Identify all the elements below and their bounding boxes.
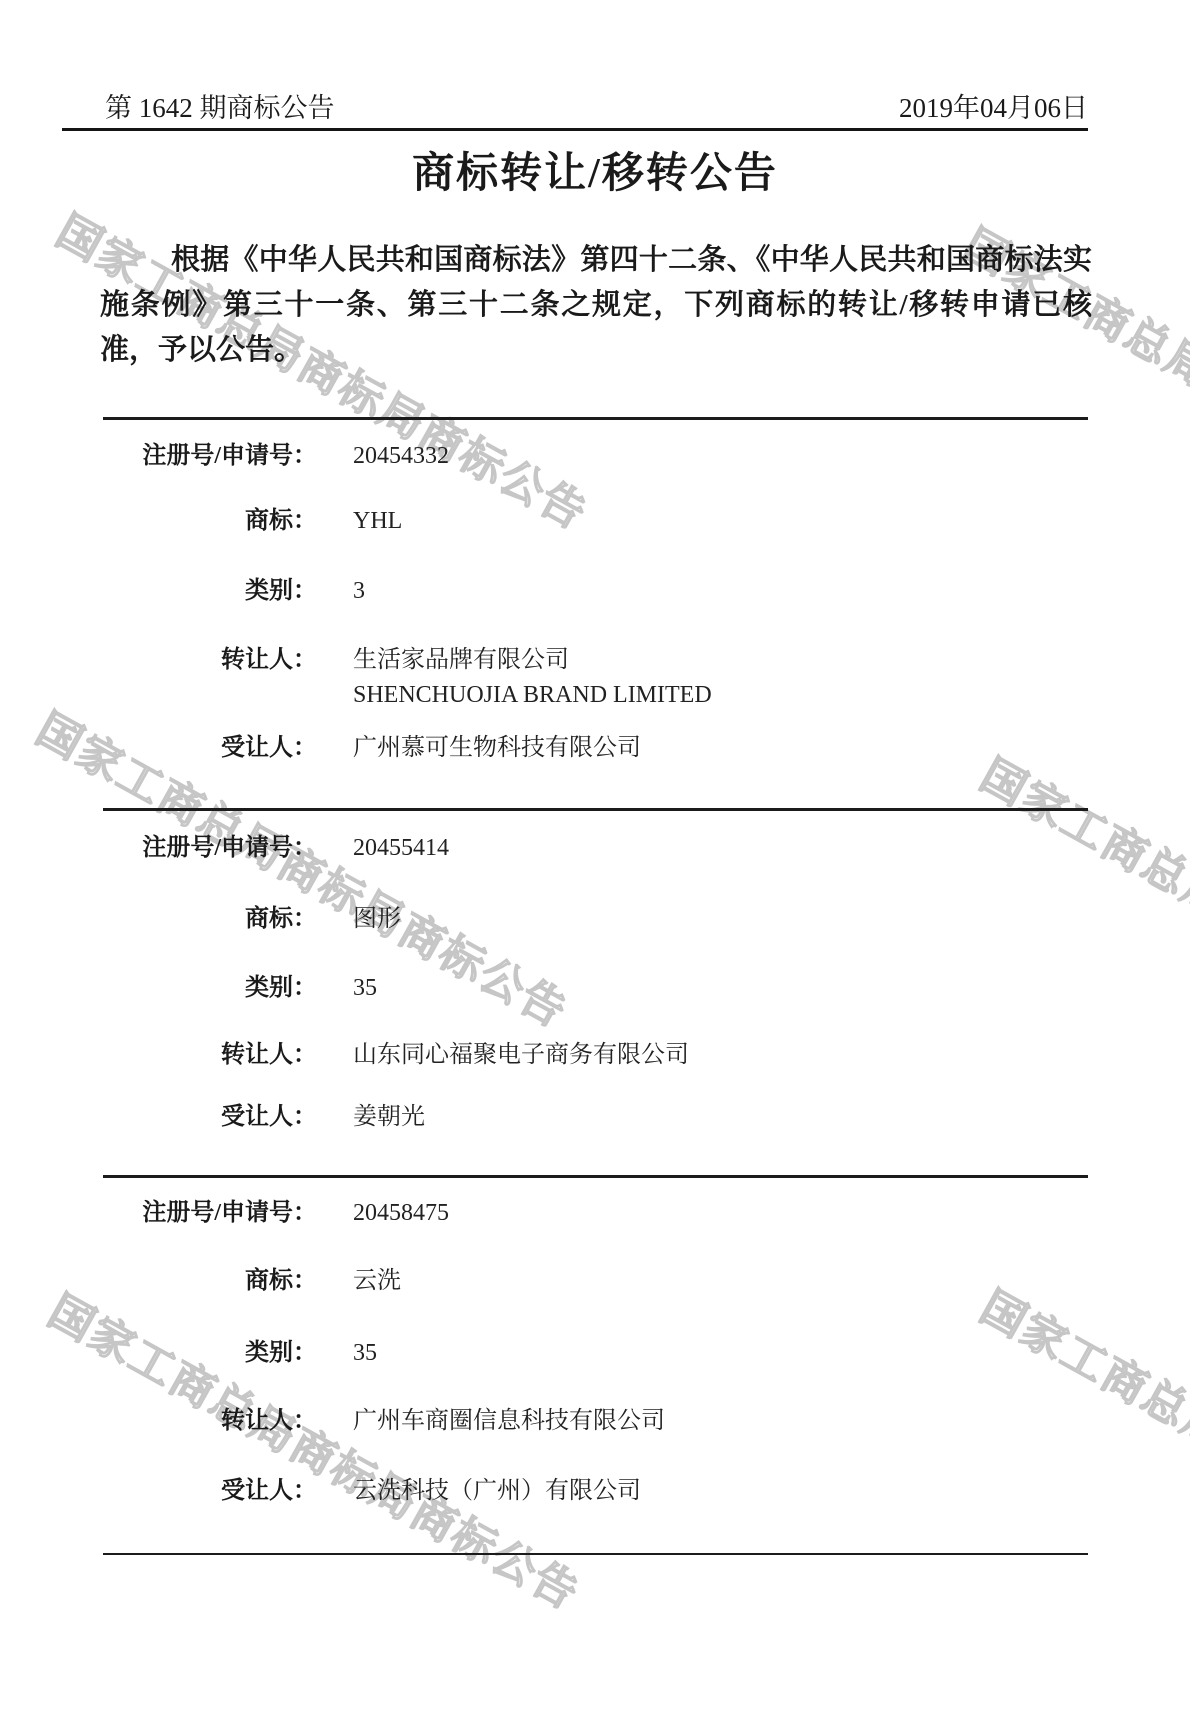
field-value: 生活家品牌有限公司 [353, 647, 569, 673]
field-value: 20458475 [353, 1200, 449, 1226]
field-label: 注册号/申请号： [0, 1192, 317, 1227]
field-row-reg-no: 注册号/申请号：20454332 [0, 435, 1190, 470]
field-value: 图形 [353, 906, 401, 932]
field-row-assignor-en: SHENCHUOJIA BRAND LIMITED [0, 682, 1190, 709]
field-label: 注册号/申请号： [0, 827, 317, 862]
field-value: 云洗科技（广州）有限公司 [353, 1478, 641, 1504]
field-label: 转让人： [0, 1400, 317, 1435]
field-row-assignor: 转让人：广州车商圈信息科技有限公司 [0, 1400, 1190, 1435]
field-row-reg-no: 注册号/申请号：20458475 [0, 1192, 1190, 1227]
field-label: 类别： [0, 967, 317, 1002]
field-row-class: 类别：35 [0, 967, 1190, 1002]
field-row-assignee: 受让人：广州慕可生物科技有限公司 [0, 727, 1190, 762]
field-value: 广州慕可生物科技有限公司 [353, 735, 641, 761]
field-row-assignor: 转让人：生活家品牌有限公司 [0, 639, 1190, 674]
record-divider [103, 417, 1088, 420]
field-row-trademark: 商标：云洗 [0, 1260, 1190, 1295]
header-rule [62, 128, 1088, 131]
field-label: 商标： [0, 1260, 317, 1295]
field-label: 转让人： [0, 1034, 317, 1069]
field-row-trademark: 商标：YHL [0, 500, 1190, 535]
watermark-text: 国家工商总局商标局商标公告 [971, 1272, 1190, 1618]
field-value: 35 [353, 1340, 377, 1366]
gazette-date: 2019年04月06日 [899, 86, 1088, 125]
field-label: 类别： [0, 1332, 317, 1367]
field-value: 山东同心福聚电子商务有限公司 [353, 1042, 689, 1068]
gazette-issue-number: 第 1642 期商标公告 [105, 86, 335, 125]
field-value: 20454332 [353, 443, 449, 469]
field-value: 3 [353, 578, 365, 604]
document-page: 国家工商总局商标局商标公告 国家工商总局商标局商标公告 国家工商总局商标局商标公… [0, 0, 1190, 1714]
field-value: YHL [353, 508, 402, 534]
field-label: 类别： [0, 570, 317, 605]
field-value: 云洗 [353, 1268, 401, 1294]
field-label: 转让人： [0, 639, 317, 674]
intro-paragraph: 根据《中华人民共和国商标法》第四十二条、《中华人民共和国商标法实施条例》第三十一… [100, 238, 1092, 373]
field-value: 20455414 [353, 835, 449, 861]
record-divider [103, 1175, 1088, 1178]
field-row-trademark: 商标：图形 [0, 898, 1190, 933]
field-row-assignee: 受让人：姜朝光 [0, 1096, 1190, 1131]
field-label: 商标： [0, 898, 317, 933]
field-label: 受让人： [0, 727, 317, 762]
field-row-reg-no: 注册号/申请号：20455414 [0, 827, 1190, 862]
watermark-text: 国家工商总局商标局商标公告 [39, 1276, 593, 1622]
field-value: 35 [353, 975, 377, 1001]
field-label: 注册号/申请号： [0, 435, 317, 470]
field-value: 广州车商圈信息科技有限公司 [353, 1408, 665, 1434]
field-value: SHENCHUOJIA BRAND LIMITED [353, 682, 712, 708]
page-bottom-rule [103, 1553, 1088, 1555]
field-label: 受让人： [0, 1096, 317, 1131]
field-row-assignee: 受让人：云洗科技（广州）有限公司 [0, 1470, 1190, 1505]
field-row-assignor: 转让人：山东同心福聚电子商务有限公司 [0, 1034, 1190, 1069]
record-divider [103, 808, 1088, 811]
field-label: 受让人： [0, 1470, 317, 1505]
field-value: 姜朝光 [353, 1104, 425, 1130]
page-title: 商标转让/移转公告 [0, 140, 1190, 200]
field-row-class: 类别：3 [0, 570, 1190, 605]
field-label: 商标： [0, 500, 317, 535]
field-row-class: 类别：35 [0, 1332, 1190, 1367]
